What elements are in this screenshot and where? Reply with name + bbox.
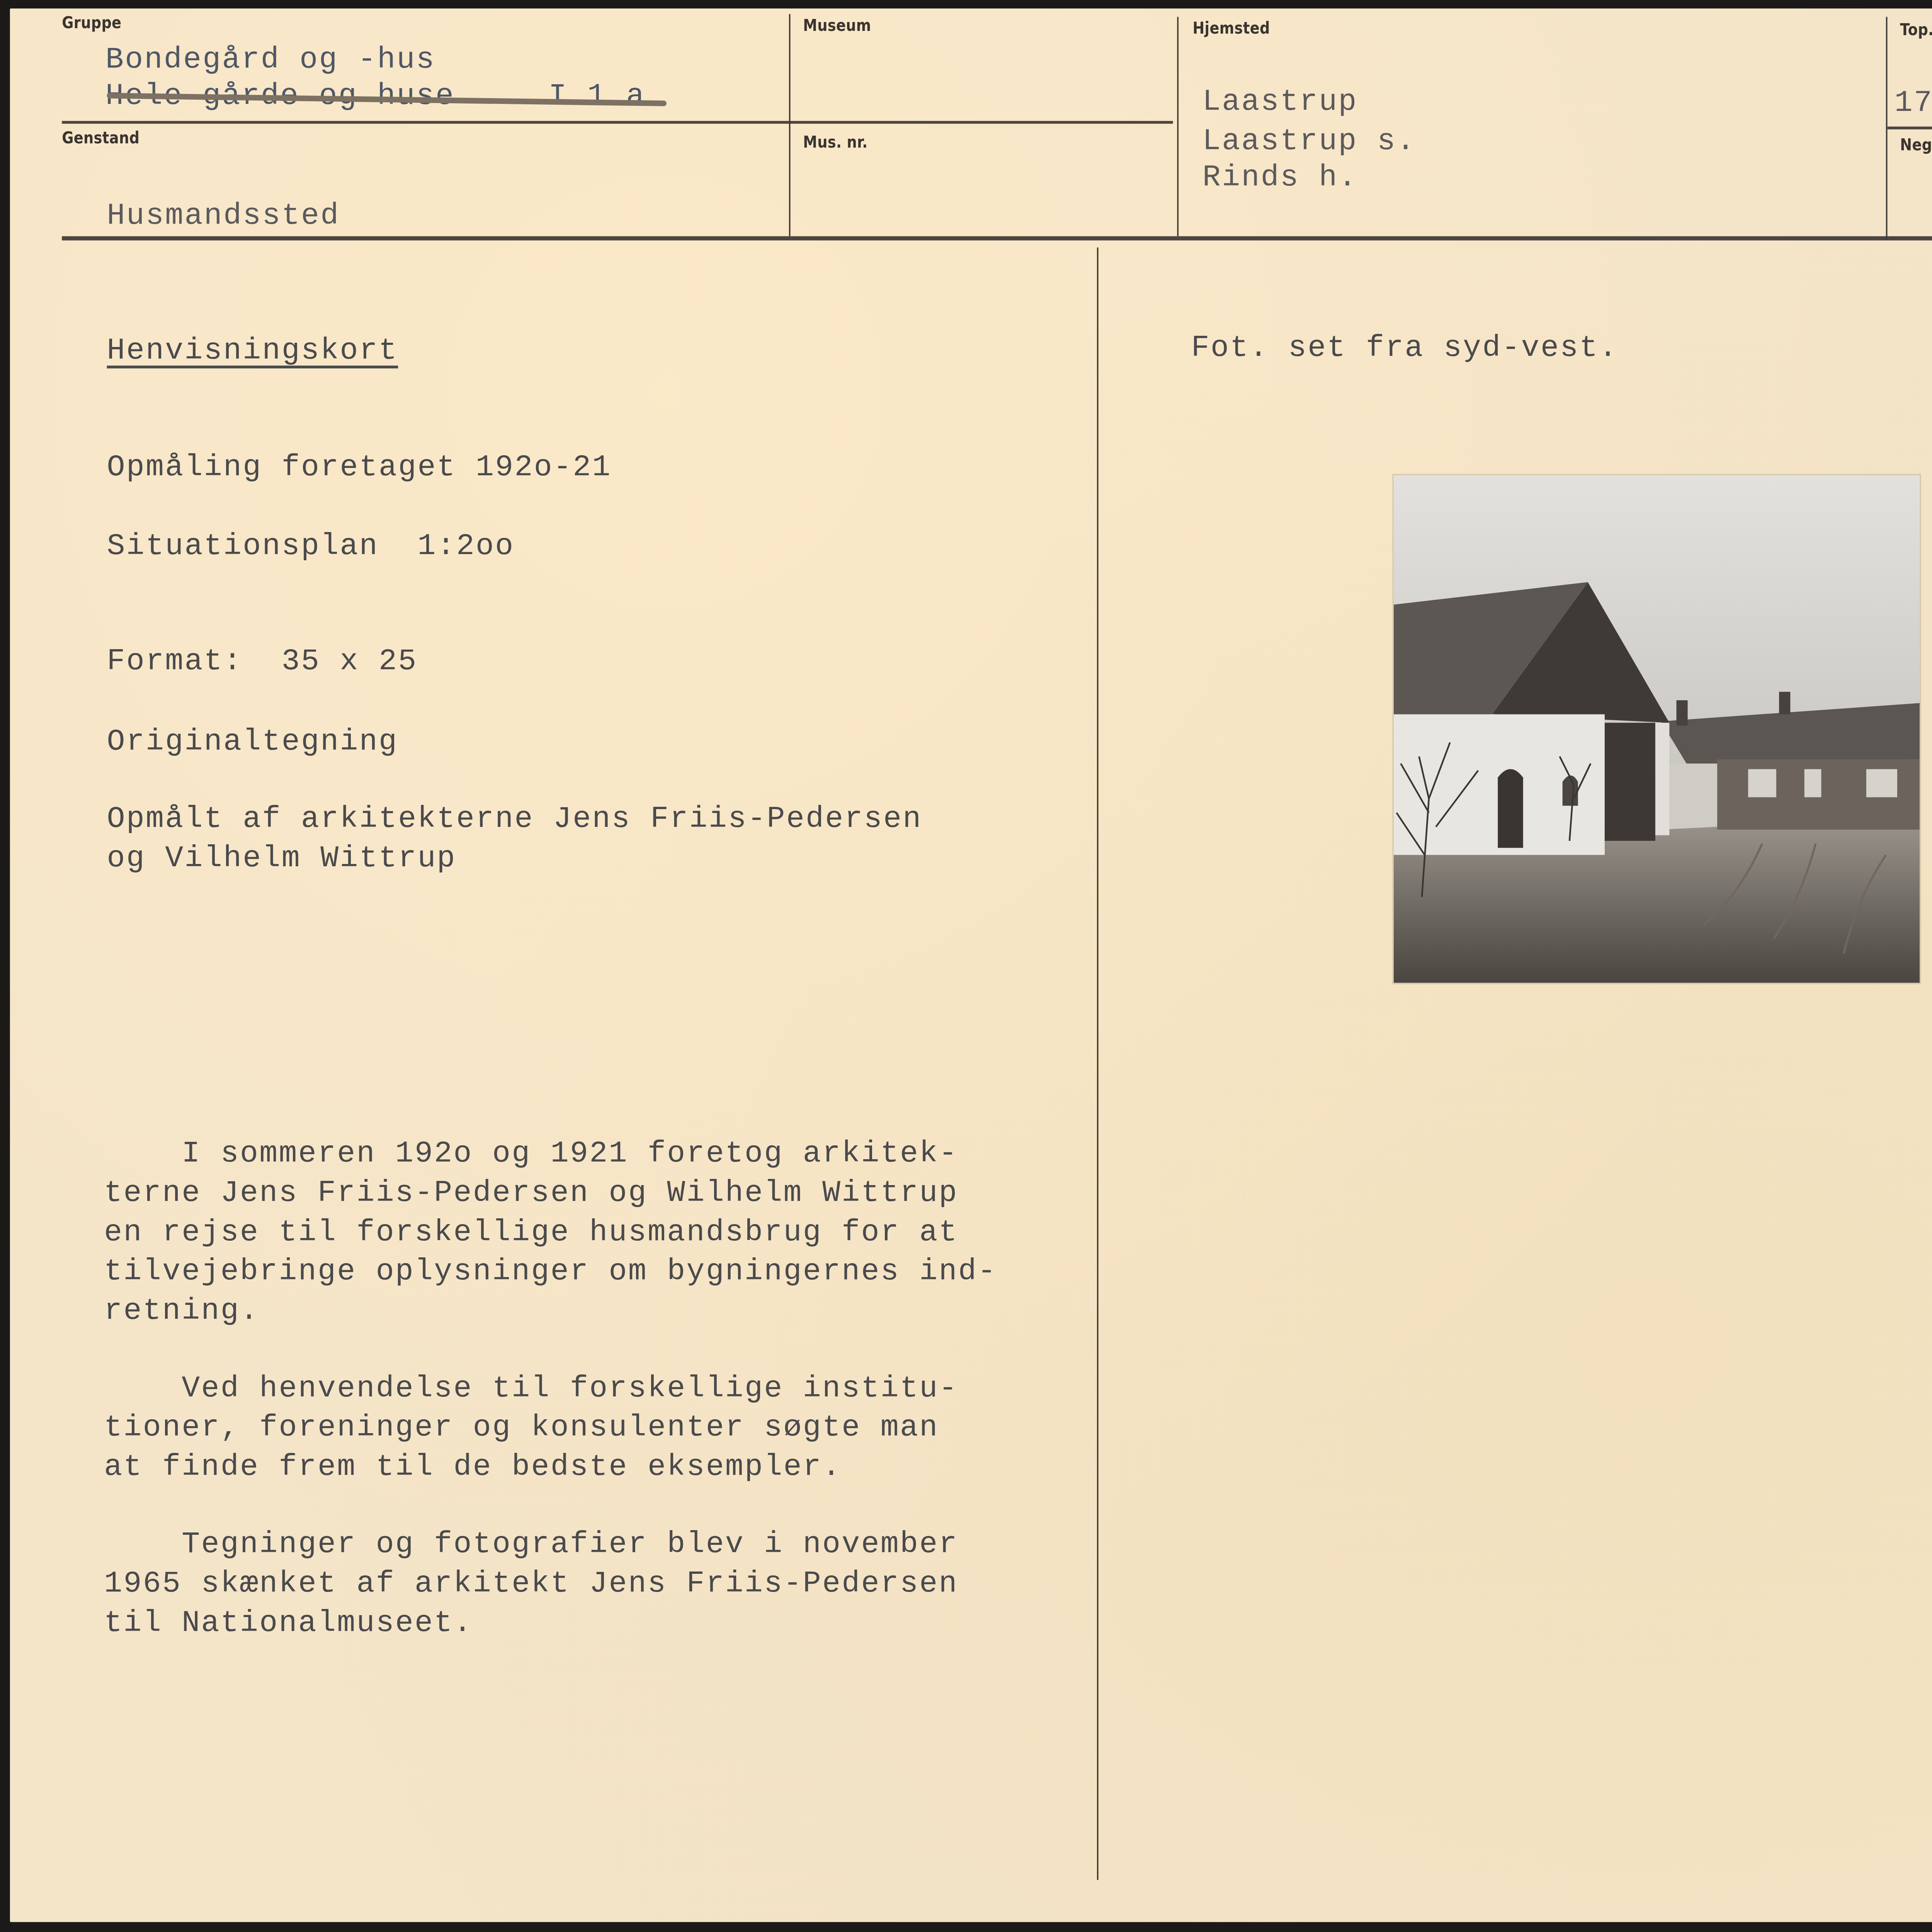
paragraph-line: tilvejebringe oplysninger om bygningerne… <box>104 1253 997 1292</box>
farm-photo-illustration <box>1394 475 1920 983</box>
header-divider-top-nr <box>1887 127 1932 129</box>
hjemsted-line-1: Laastrup <box>1202 83 1358 122</box>
hjemsted-line-3: Rinds h. <box>1202 159 1358 198</box>
header-divider-gruppe <box>62 121 1173 124</box>
genstand-value: Husmandssted <box>107 197 340 236</box>
body-column-divider <box>1097 247 1099 1880</box>
entry-surveyed-by-2: og Vilhelm Wittrup <box>107 839 456 879</box>
gruppe-struck-code: I 1 a <box>548 77 645 117</box>
hjemsted-label: Hjemsted <box>1192 18 1270 38</box>
paragraph-line: retning. <box>104 1292 259 1332</box>
museum-label: Museum <box>803 15 871 35</box>
paragraph-line: til Nationalmuseet. <box>104 1604 473 1644</box>
paragraph-line: Ved henvendelse til forskellige institu- <box>104 1369 958 1409</box>
paragraph-line: 1965 skænket af arkitekt Jens Friis-Pede… <box>104 1565 958 1604</box>
paragraph-line: terne Jens Friis-Pedersen og Wilhelm Wit… <box>104 1174 958 1214</box>
entry-situation-plan: Situationsplan 1:2oo <box>107 527 515 567</box>
entry-survey-date: Opmåling foretaget 192o-21 <box>107 449 612 488</box>
paragraph-line: en rejse til forskellige husmandsbrug fo… <box>104 1213 958 1253</box>
card-title: Henvisningskort <box>107 332 398 371</box>
entry-surveyed-by-1: Opmålt af arkitekterne Jens Friis-Peders… <box>107 800 922 840</box>
header-vertical-divider-3 <box>1886 17 1888 239</box>
hjemsted-line-2: Laastrup s. <box>1202 122 1416 162</box>
mus-nr-label: Mus. nr. <box>803 132 867 152</box>
top-nr-value: 1725 <box>1895 84 1932 124</box>
photograph-icon <box>1394 475 1920 983</box>
genstand-label: Genstand <box>62 128 139 148</box>
photo-caption: Fot. set fra syd-vest. <box>1191 329 1618 369</box>
header-vertical-divider-2 <box>1177 17 1179 236</box>
header-bottom-rule <box>62 236 1932 240</box>
gruppe-label: Gruppe <box>62 13 121 32</box>
paragraph-line: tioner, foreninger og konsulenter søgte … <box>104 1409 939 1448</box>
paragraph-line: I sommeren 192o og 1921 foretog arkitek- <box>104 1135 958 1174</box>
entry-format: Format: 35 x 25 <box>107 643 418 682</box>
neg-nr-label: Neg. nr. <box>1900 135 1932 155</box>
paragraph-line: at finde frem til de bedste eksempler. <box>104 1448 842 1488</box>
top-nr-label: Top. nr. <box>1900 20 1932 39</box>
card-scan: Gruppe Genstand Museum Mus. nr. Hjemsted… <box>0 0 1932 1932</box>
paragraph-line: Tegninger og fotografier blev i november <box>104 1526 958 1565</box>
entry-original-drawing: Originaltegning <box>107 723 398 762</box>
header-vertical-divider-1 <box>789 14 791 236</box>
gruppe-value: Bondegård og -hus <box>105 41 435 80</box>
